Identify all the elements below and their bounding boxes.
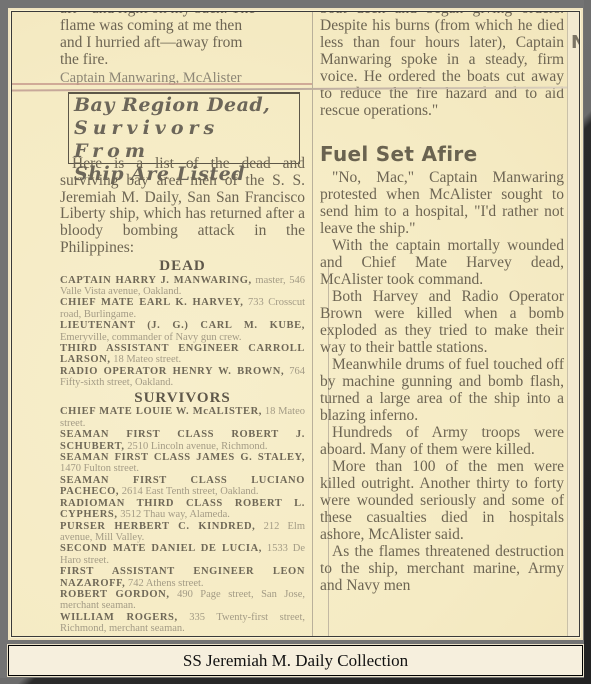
entry-name: ROBERT GORDON, <box>60 589 170 600</box>
entry-address: 1470 Fulton street. <box>60 463 139 474</box>
paragraph: Meanwhile drums of fuel touched off by m… <box>320 356 564 424</box>
list-entry: CAPTAIN HARRY J. MANWARING, master, 546 … <box>60 275 305 298</box>
left-top-continuation: aft—and right on my back. The flame was … <box>60 12 305 87</box>
entry-name: CHIEF MATE LOUIE W. McALISTER, <box>60 406 262 417</box>
right-top-continuation: boat deck and began giving orders. Despi… <box>320 12 564 119</box>
fold-crease <box>12 83 312 85</box>
survivors-heading: SURVIVORS <box>60 390 305 407</box>
dead-heading: DEAD <box>60 258 305 275</box>
entry-name: SECOND MATE DANIEL DE LUCIA, <box>60 543 262 554</box>
list-entry: WILLIAM ROGERS, 335 Twenty-first street,… <box>60 612 305 635</box>
fragment-letter: N <box>571 32 579 53</box>
caption-bar: SS Jeremiah M. Daily Collection <box>8 645 583 676</box>
list-entry: RADIOMAN THIRD CLASS ROBERT L. CYPHERS, … <box>60 498 305 521</box>
paragraph: More than 100 of the men were killed out… <box>320 458 564 543</box>
survivors-list: CHIEF MATE LOUIE W. McALISTER, 18 Mateo … <box>60 406 305 634</box>
casualty-list-column: Here is a list of the dead and surviving… <box>60 156 305 636</box>
entry-address: 2614 East Tenth street, Oakland. <box>122 486 259 497</box>
list-entry: FIRST ASSISTANT ENGINEER LEON NAZAROFF, … <box>60 566 305 589</box>
entry-name: WILLIAM ROGERS, <box>60 612 178 623</box>
paragraph: With the captain mortally wounded and Ch… <box>320 237 564 288</box>
list-entry: SEAMAN FIRST CLASS ROBERT J. SCHUBERT, 2… <box>60 429 305 452</box>
adjacent-column-fragment: N <box>567 12 579 636</box>
paragraph: Hundreds of Army troops were aboard. Man… <box>320 424 564 458</box>
paragraph: "No, Mac," Captain Manwaring protested w… <box>320 169 564 237</box>
list-entry: THIRD ASSISTANT ENGINEER CARROLL LARSON,… <box>60 343 305 366</box>
list-entry: ROBERT GORDON, 490 Page street, San Jose… <box>60 589 305 612</box>
entry-name: RADIO OPERATOR HENRY W. BROWN, <box>60 366 284 377</box>
list-entry: SEAMAN FIRST CLASS JAMES G. STALEY, 1470… <box>60 452 305 475</box>
story-column: "No, Mac," Captain Manwaring protested w… <box>320 169 564 594</box>
collection-caption: SS Jeremiah M. Daily Collection <box>183 651 408 671</box>
entry-address: 18 Mateo street. <box>113 354 181 365</box>
text-line: the fire. <box>60 51 305 68</box>
entry-name: THIRD ASSISTANT ENGINEER CARROLL LARSON, <box>60 343 305 365</box>
entry-address: 2510 Lincoln avenue, Richmond. <box>127 441 267 452</box>
newspaper-clipping: aft—and right on my back. The flame was … <box>12 12 579 636</box>
list-entry: CHIEF MATE LOUIE W. McALISTER, 18 Mateo … <box>60 406 305 429</box>
list-entry: SEAMAN FIRST CLASS LUCIANO PACHECO, 2614… <box>60 475 305 498</box>
entry-name: LIEUTENANT (J. G.) CARL M. KUBE, <box>60 320 305 331</box>
entry-name: PURSER HERBERT C. KINDRED, <box>60 521 255 532</box>
list-entry: SECOND MATE DANIEL DE LUCIA, 1533 De Har… <box>60 543 305 566</box>
entry-name: CAPTAIN HARRY J. MANWARING, <box>60 275 252 286</box>
text-line: and I hurried aft—away from <box>60 34 305 51</box>
entry-address: Emeryville, commander of Navy gun crew. <box>60 332 242 343</box>
list-entry: CHIEF MATE EARL K. HARVEY, 733 Crosscut … <box>60 297 305 320</box>
paragraph: As the flames threatened destruction to … <box>320 543 564 594</box>
intro-paragraph: Here is a list of the dead and surviving… <box>60 156 305 257</box>
text-line: flame was coming at me then <box>60 17 305 34</box>
entry-name: CHIEF MATE EARL K. HARVEY, <box>60 297 243 308</box>
paragraph: Both Harvey and Radio Operator Brown wer… <box>320 288 564 356</box>
paragraph: boat deck and began giving orders. Despi… <box>320 12 564 119</box>
list-entry: LIEUTENANT (J. G.) CARL M. KUBE, Emeryvi… <box>60 320 305 343</box>
list-entry: PURSER HERBERT C. KINDRED, 212 Elm avenu… <box>60 521 305 544</box>
entry-address: 742 Athens street. <box>128 578 204 589</box>
headline-line-1: Bay Region Dead, <box>74 94 298 117</box>
entry-address: 3512 Thau way, Alameda. <box>120 509 230 520</box>
dead-list: CAPTAIN HARRY J. MANWARING, master, 546 … <box>60 275 305 389</box>
subheading: Fuel Set Afire <box>320 142 477 166</box>
entry-name: SEAMAN FIRST CLASS JAMES G. STALEY, <box>60 452 305 463</box>
column-rule <box>312 12 313 636</box>
list-entry: RADIO OPERATOR HENRY W. BROWN, 764 Fifty… <box>60 366 305 389</box>
